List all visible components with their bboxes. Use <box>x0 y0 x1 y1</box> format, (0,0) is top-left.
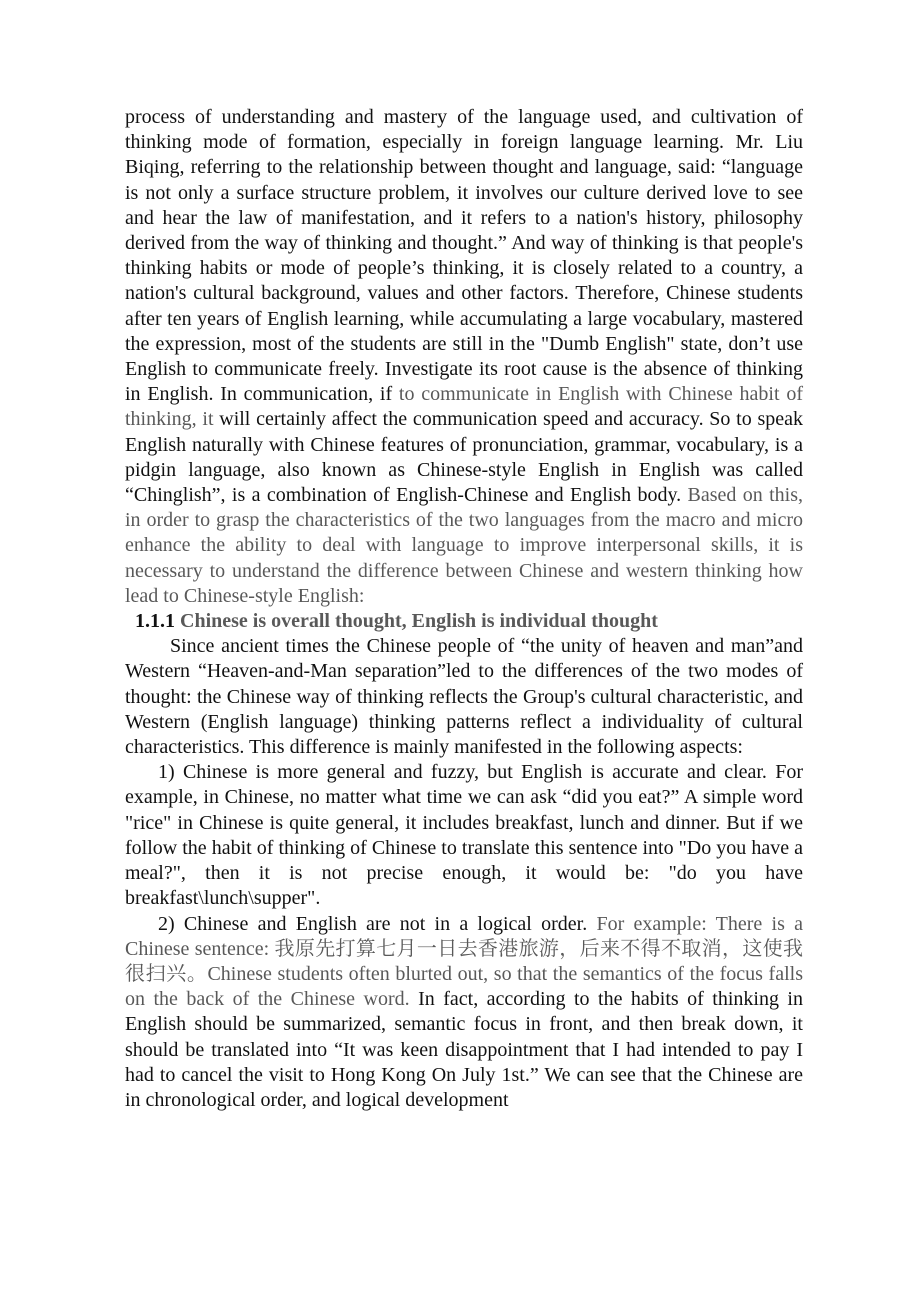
text-run-black: 1.1.1 <box>135 610 175 632</box>
text-run-black: process of understanding and mastery of … <box>125 106 803 405</box>
document-content: process of understanding and mastery of … <box>125 105 803 1113</box>
paragraph-intro: process of understanding and mastery of … <box>125 105 803 609</box>
text-run-black: 1) Chinese is more general and fuzzy, bu… <box>125 761 803 909</box>
document-page: process of understanding and mastery of … <box>0 0 920 1302</box>
text-run-black: Since ancient times the Chinese people o… <box>125 635 803 758</box>
paragraph-since-ancient-times: Since ancient times the Chinese people o… <box>125 634 803 760</box>
paragraph-point-2: 2) Chinese and English are not in a logi… <box>125 912 803 1114</box>
paragraph-point-1: 1) Chinese is more general and fuzzy, bu… <box>125 760 803 911</box>
text-run-gray: Chinese is overall thought, English is i… <box>175 610 658 632</box>
section-heading-1-1-1: 1.1.1 Chinese is overall thought, Englis… <box>125 609 803 634</box>
text-run-black: 2) Chinese and English are not in a logi… <box>158 913 596 935</box>
